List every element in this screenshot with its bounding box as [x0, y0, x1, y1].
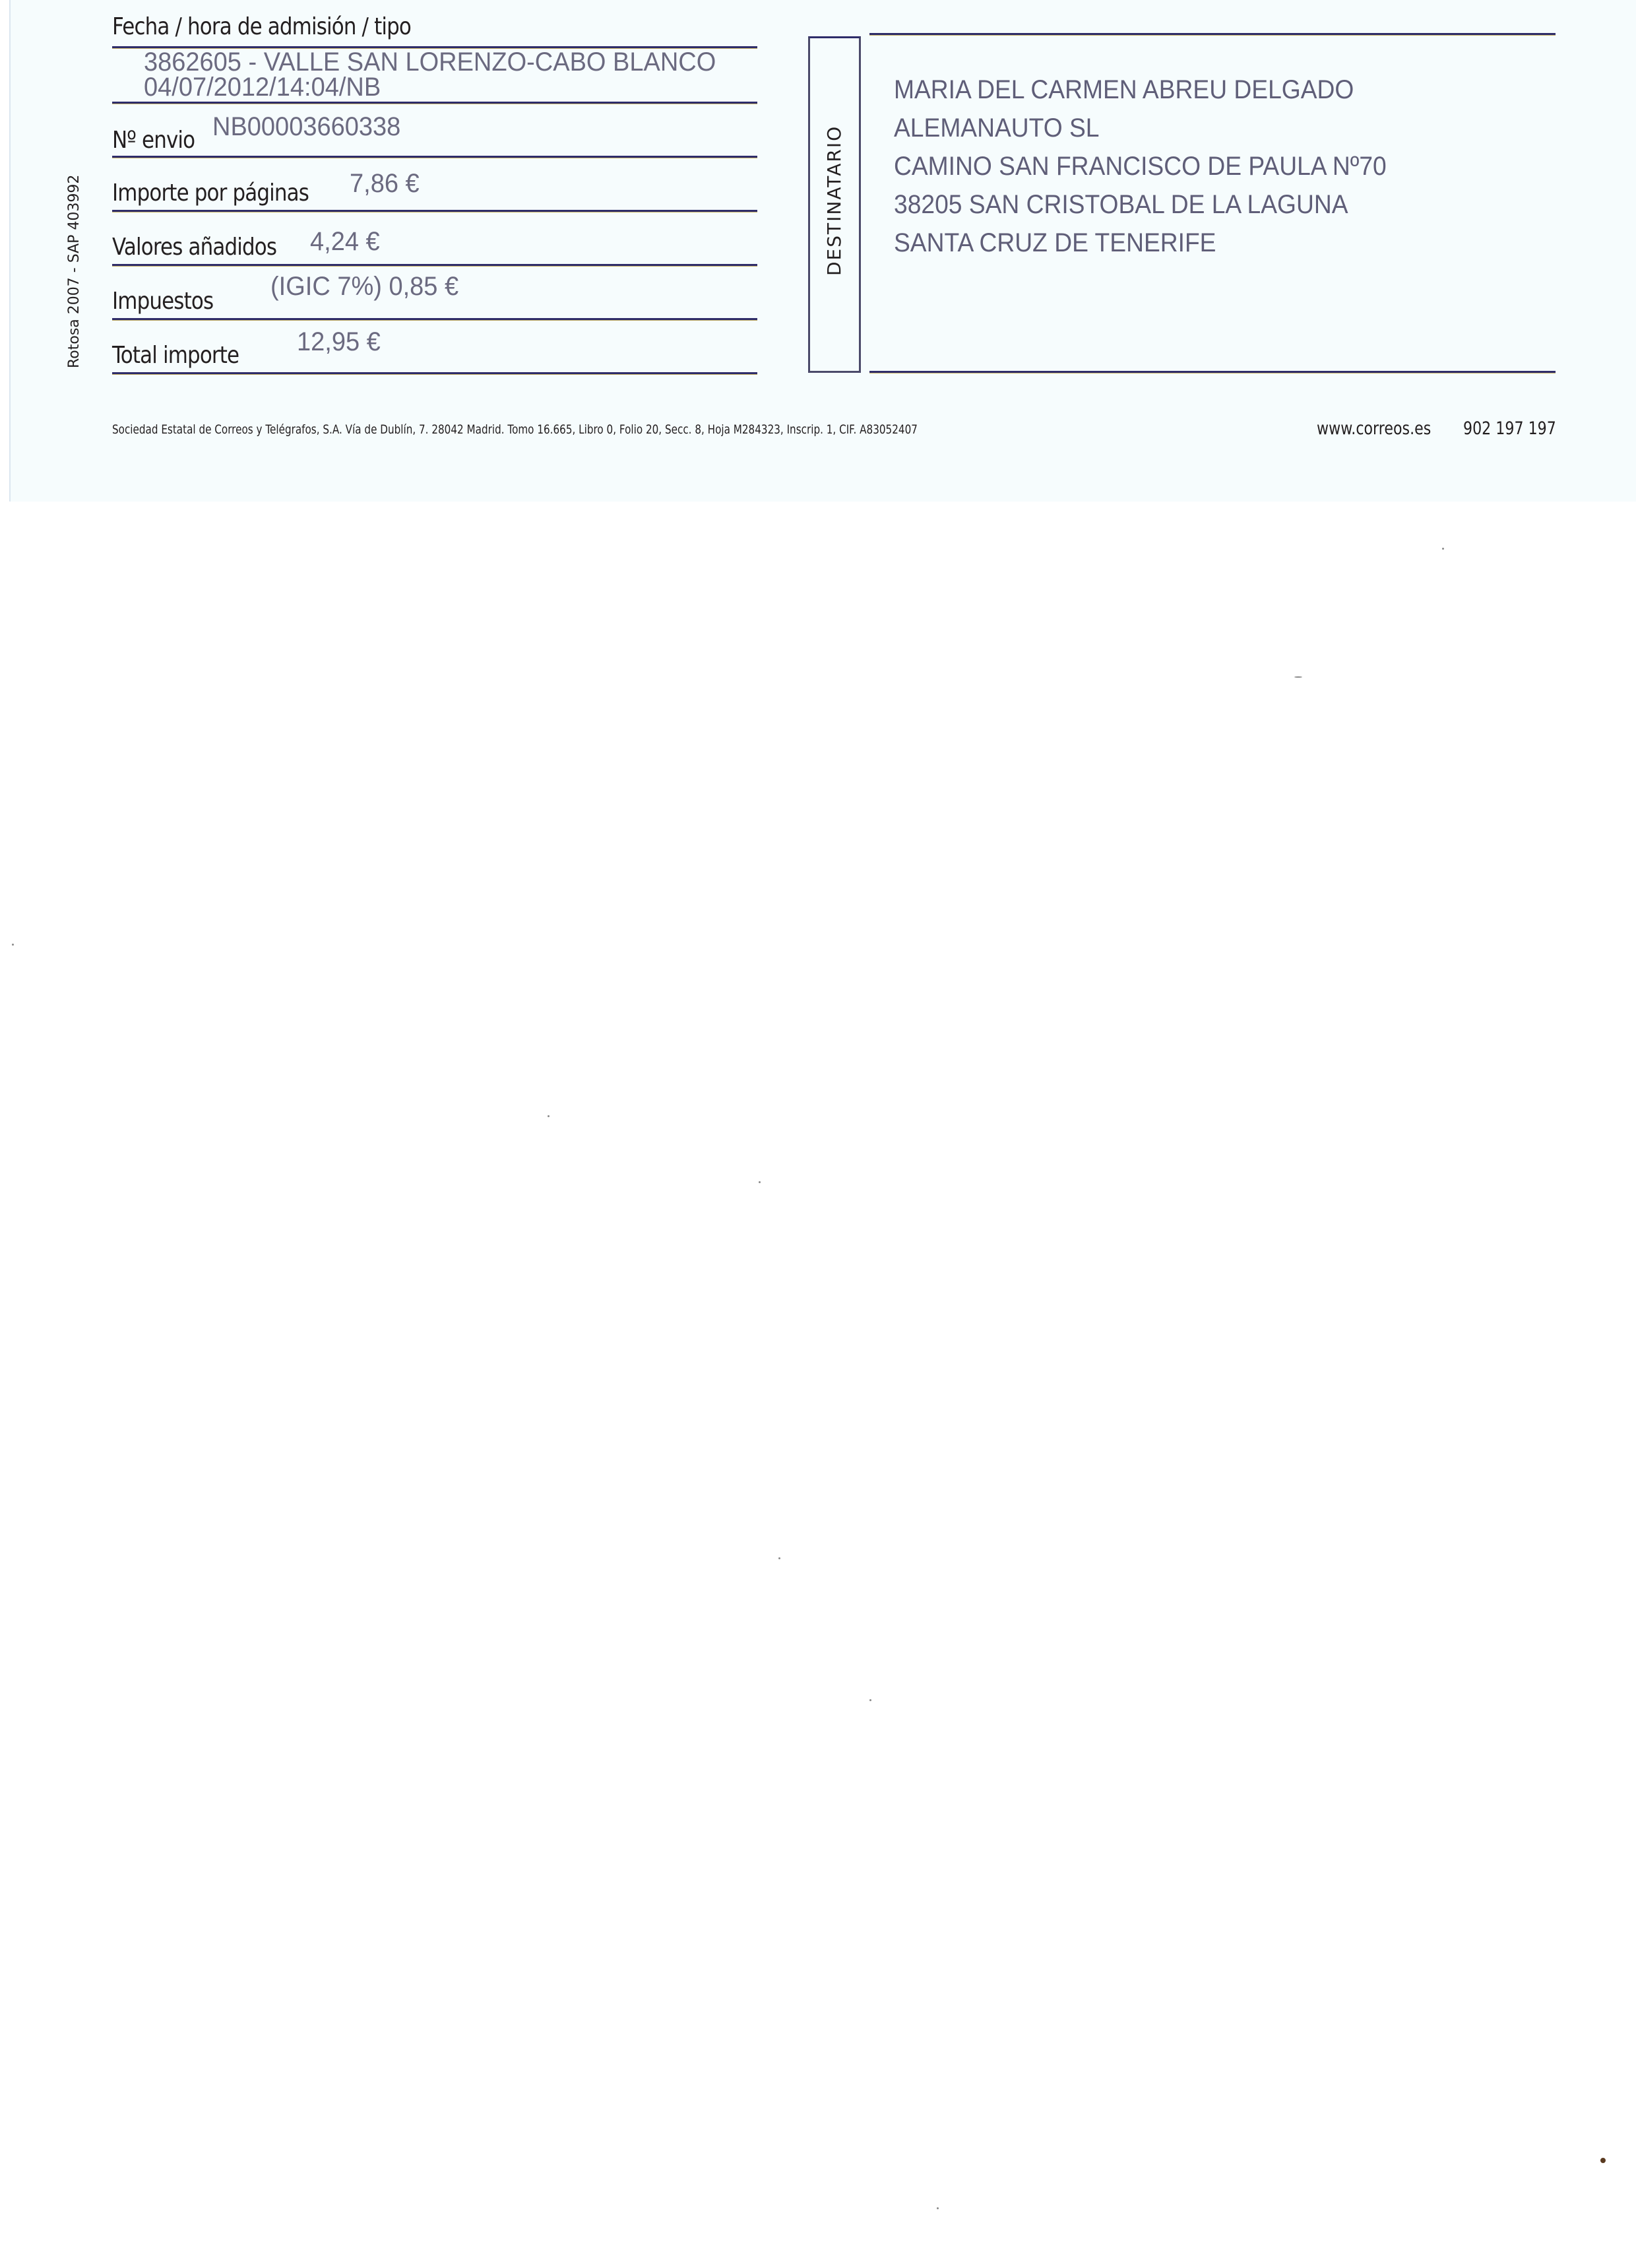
added-values-label: Valores añadidos [112, 234, 276, 261]
divider [112, 210, 757, 212]
admission-label: Fecha / hora de admisión / tipo [112, 13, 411, 40]
admission-datetime: 04/07/2012/14:04/NB [144, 73, 381, 102]
recipient-name: MARIA DEL CARMEN ABREU DELGADO [894, 75, 1354, 105]
recipient-province: SANTA CRUZ DE TENERIFE [894, 228, 1216, 258]
recipient-street: CAMINO SAN FRANCISCO DE PAULA Nº70 [894, 152, 1387, 181]
scan-speck [12, 944, 14, 946]
total-label: Total importe [112, 342, 239, 369]
scan-speck [937, 2207, 939, 2209]
recipient-company: ALEMANAUTO SL [894, 113, 1099, 143]
scan-speck [759, 1181, 761, 1183]
total-value: 12,95 € [297, 327, 381, 357]
pages-amount-value: 7,86 € [350, 169, 420, 199]
website-link[interactable]: www.correos.es [1317, 418, 1431, 439]
scan-speck [1600, 2158, 1606, 2163]
legal-footer: Sociedad Estatal de Correos y Telégrafos… [112, 422, 918, 437]
phone-number: 902 197 197 [1463, 418, 1556, 439]
scan-speck [869, 1699, 871, 1701]
taxes-value: (IGIC 7%) 0,85 € [270, 272, 458, 302]
recipient-bottom-rule [869, 371, 1556, 373]
scan-speck [1294, 676, 1302, 678]
divider [112, 102, 757, 104]
scan-speck [548, 1115, 550, 1117]
shipment-number: NB00003660338 [212, 112, 400, 142]
shipment-label: Nº envio [112, 127, 195, 154]
recipient-top-rule [869, 33, 1556, 36]
divider [112, 264, 757, 267]
scan-speck [1442, 548, 1444, 550]
added-values-value: 4,24 € [310, 227, 380, 257]
side-print-code: Rotosa 2007 - SAP 403992 [66, 175, 82, 368]
recipient-city: 38205 SAN CRISTOBAL DE LA LAGUNA [894, 190, 1348, 220]
recipient-label: DESTINATARIO [823, 125, 845, 276]
divider [112, 318, 757, 321]
pages-amount-label: Importe por páginas [112, 179, 309, 207]
divider [112, 156, 757, 158]
scan-speck [778, 1557, 780, 1559]
divider [112, 372, 757, 375]
taxes-label: Impuestos [112, 288, 213, 315]
